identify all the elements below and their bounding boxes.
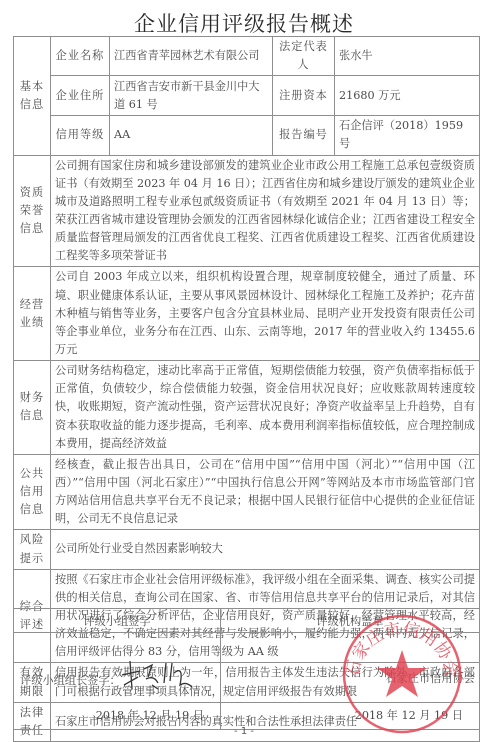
official-seal-icon: 石家庄市信用协会 (340, 612, 464, 736)
section-label: 公共 信用 信息 (14, 454, 51, 530)
credit-grade-label: 信用等级 (51, 116, 110, 155)
credit-grade-value: AA (110, 116, 273, 155)
section-text: 公司所处行业受自然因素影响较大 (51, 530, 480, 569)
report-no-value: 石企信评（2018）1959 号 (335, 116, 480, 155)
company-name-label: 企业名称 (51, 37, 110, 76)
handwritten-signature-icon (118, 655, 198, 695)
section-label: 财务 信息 (14, 361, 51, 455)
section-row-qualifications: 资质 荣誉 信息 公司拥有国家住房和城乡建设部颁发的建筑业企业市政公用工程施工总… (14, 155, 480, 267)
section-text: 公司拥有国家住房和城乡建设部颁发的建筑业企业市政公用工程施工总承包壹级资质证书（… (51, 155, 480, 267)
section-row-business: 经营 业绩 公司自 2003 年成立以来，组织机构设置合理，规章制度较健全，通过… (14, 267, 480, 361)
document-title: 企业信用评级报告概述 (0, 8, 488, 38)
company-name-value: 江西省青苹园林艺术有限公司 (110, 37, 273, 76)
section-text: 公司财务结构稳定，速动比率高于正常值，短期偿债能力较强，资产负债率指标低于正常值… (51, 361, 480, 455)
team-signature-header: 评级小组签字 (14, 609, 221, 633)
team-signature-date: 2018 年 12 月 19 日 (96, 707, 204, 723)
legal-rep-value: 张水牛 (335, 37, 480, 76)
leader-signature-label: 评级小组组长签字： (20, 672, 121, 688)
legal-rep-label: 法定代表人 (273, 37, 335, 76)
address-label: 企业住所 (51, 76, 110, 116)
section-label: 风险 提示 (14, 530, 51, 569)
section-text: 公司自 2003 年成立以来，组织机构设置合理，规章制度较健全，通过了质量、环境… (51, 267, 480, 361)
section-label: 资质 荣誉 信息 (14, 155, 51, 267)
section-text: 经核查，截止报告出具日，公司在“信用中国”“信用中国（河北）”“信用中国（江西）… (51, 454, 480, 530)
capital-label: 注册资本 (273, 76, 335, 116)
address-value: 江西省吉安市新干县金川中大道 61 号 (110, 76, 273, 116)
section-row-finance: 财务 信息 公司财务结构稳定，速动比率高于正常值，短期偿债能力较强，资产负债率指… (14, 361, 480, 455)
section-label: 经营 业绩 (14, 267, 51, 361)
team-signature-cell: 评级小组组长签字： 2018 年 12 月 19 日 (14, 633, 221, 730)
page-number: - 1 - (0, 726, 488, 737)
section-row-public-credit: 公共 信用 信息 经核查，截止报告出具日，公司在“信用中国”“信用中国（河北）”… (14, 454, 480, 530)
section-label-basic-info: 基本 信息 (14, 37, 51, 156)
capital-value: 21680 万元 (335, 76, 480, 116)
report-no-label: 报告编号 (273, 116, 335, 155)
section-row-risk: 风险 提示 公司所处行业受自然因素影响较大 (14, 530, 480, 569)
